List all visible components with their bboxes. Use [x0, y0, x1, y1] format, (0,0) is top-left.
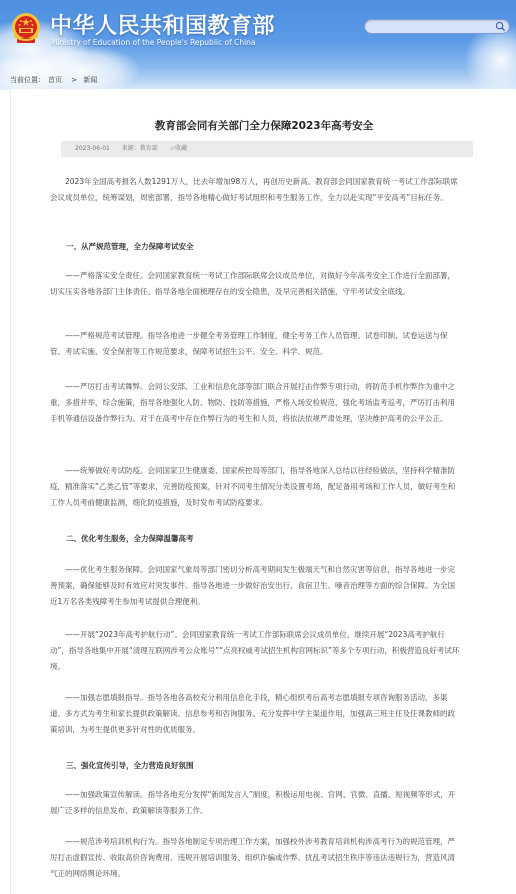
paragraph-text: ——加强政策宣传解读。指导各地充分发挥“新闻发言人”制度，积极运用电视、官网、官… [50, 787, 462, 819]
article-paragraph: ——严厉打击考试舞弊。会同公安部、工业和信息化部等部门联合开展打击作弊专项行动，… [50, 379, 462, 427]
section-heading-1: 一、从严规范管理，全力保障考试安全 [66, 241, 194, 252]
site-subtitle: Ministry of Education of the People's Re… [51, 38, 256, 47]
section-heading-3: 三、强化宣传引导，全力营造良好氛围 [66, 760, 194, 771]
site-header: 中华人民共和国教育部 Ministry of Education of the … [0, 0, 516, 90]
site-title[interactable]: 中华人民共和国教育部 [50, 9, 275, 40]
paragraph-text: ——严格落实安全责任。会同国家教育统一考试工作部际联席会议成员单位，对做好今年高… [50, 268, 462, 300]
breadcrumb-home-link[interactable]: 首页 [48, 76, 62, 84]
breadcrumb: 当前位置：首页 > 新闻 [10, 75, 100, 85]
article-paragraph: ——规范涉考培训机构行为。指导各地制定专项治理工作方案，加强校外涉考教育培训机构… [50, 834, 462, 882]
article-date: 2023-06-01 [75, 145, 110, 152]
paragraph-text: ——开展“2023年高考护航行动”。会同国家教育统一考试工作部际联席会议成员单位… [50, 627, 462, 675]
article-paragraph: ——开展“2023年高考护航行动”。会同国家教育统一考试工作部际联席会议成员单位… [50, 627, 462, 675]
intro-paragraph: 2023年全国高考报名人数1291万人，比去年增加98万人，再创历史新高。教育部… [50, 174, 462, 206]
article-paragraph: ——严格规范考试管理。指导各地进一步健全考务管理工作制度，健全考务工作人员管理、… [50, 328, 462, 360]
article-meta-bar: 2023-06-01 来源：教育部 ☆收藏 [61, 141, 473, 157]
national-emblem-icon[interactable] [10, 12, 42, 46]
breadcrumb-news-link[interactable]: 新闻 [83, 76, 97, 84]
paragraph-text: ——规范涉考培训机构行为。指导各地制定专项治理工作方案，加强校外涉考教育培训机构… [50, 834, 462, 882]
search-icon[interactable] [495, 21, 506, 32]
article-paragraph: ——加强政策宣传解读。指导各地充分发挥“新闻发言人”制度，积极运用电视、官网、官… [50, 787, 462, 819]
article-paragraph: ——严格落实安全责任。会同国家教育统一考试工作部际联席会议成员单位，对做好今年高… [50, 268, 462, 300]
article-paragraph: ——优化考生服务保障。会同国家气象局等部门密切分析高考期间发生极端天气和自然灾害… [50, 562, 462, 610]
paragraph-text: ——统筹做好考试防疫。会同国家卫生健康委、国家疾控局等部门，指导各地深入总结以往… [50, 463, 462, 511]
article-title: 教育部会同有关部门全力保障2023年高考安全 [11, 118, 516, 133]
breadcrumb-separator: > [71, 76, 77, 84]
article-paragraph: ——统筹做好考试防疫。会同国家卫生健康委、国家疾控局等部门，指导各地深入总结以往… [50, 463, 462, 511]
article-intro: 2023年全国高考报名人数1291万人，比去年增加98万人，再创历史新高。教育部… [50, 174, 462, 206]
article-paragraph: ——加强志愿填报指导。指导各地各高校充分利用信息化手段，精心组织考后高考志愿填报… [50, 690, 462, 738]
search-box[interactable] [364, 19, 510, 34]
breadcrumb-prefix: 当前位置： [10, 76, 45, 84]
section-heading-2: 二、优化考生服务，全力保障温馨高考 [66, 533, 194, 544]
paragraph-text: ——加强志愿填报指导。指导各地各高校充分利用信息化手段，精心组织考后高考志愿填报… [50, 690, 462, 738]
article-source: 来源：教育部 [122, 145, 158, 152]
paragraph-text: ——严格规范考试管理。指导各地进一步健全考务管理工作制度，健全考务工作人员管理、… [50, 328, 462, 360]
search-input[interactable] [371, 20, 489, 33]
paragraph-text: ——优化考生服务保障。会同国家气象局等部门密切分析高考期间发生极端天气和自然灾害… [50, 562, 462, 610]
favorite-button[interactable]: ☆收藏 [170, 145, 187, 152]
paragraph-text: ——严厉打击考试舞弊。会同公安部、工业和信息化部等部门联合开展打击作弊专项行动，… [50, 379, 462, 427]
